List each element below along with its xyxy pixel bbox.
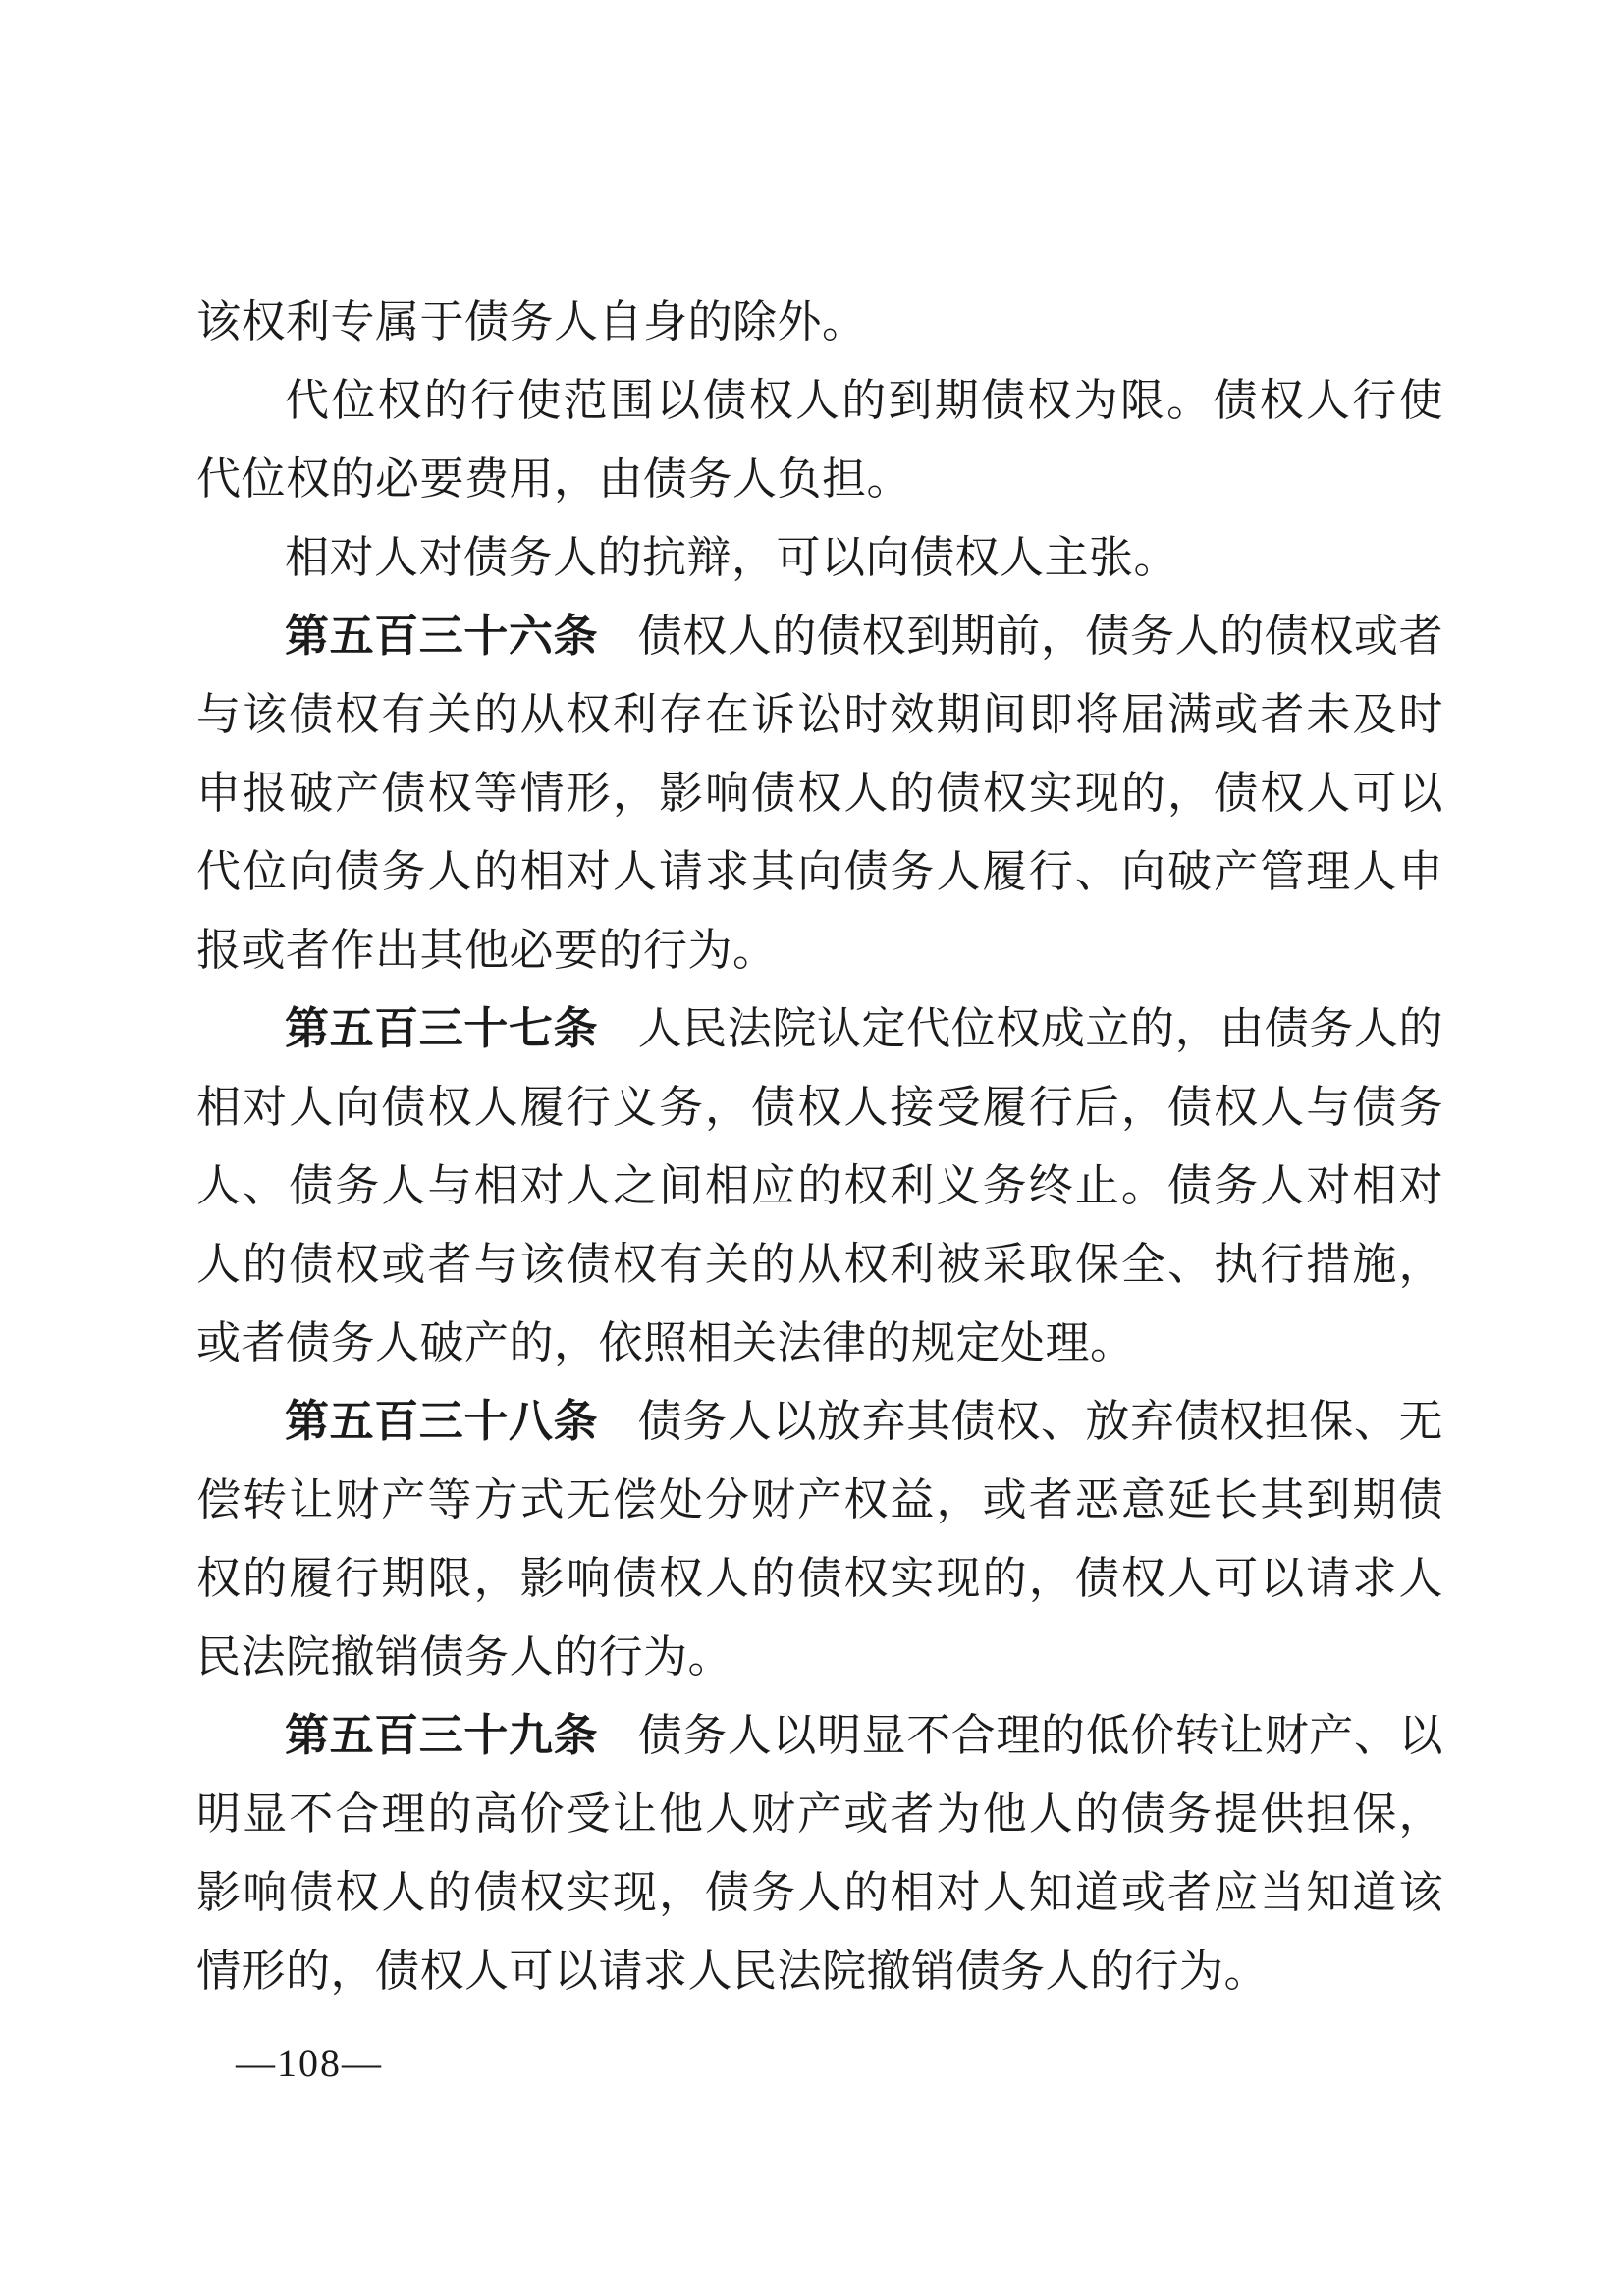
article-paragraph: 第五百三十七条人民法院认定代位权成立的，由债务人的相对人向债权人履行义务，债权人… [196, 989, 1443, 1382]
article-text: 相对人对债务人的抗辩，可以向债权人主张。 [285, 533, 1178, 582]
article-text: 代位权的行使范围以债权人的到期债权为限。债权人行使代位权的必要费用，由债务人负担… [196, 376, 1443, 504]
article-paragraph: 第五百三十九条债务人以明显不合理的低价转让财产、以明显不合理的高价受让他人财产或… [196, 1696, 1443, 2010]
article-text: 人民法院认定代位权成立的，由债务人的相对人向债权人履行义务，债权人接受履行后，债… [196, 1004, 1443, 1367]
article-text: 债权人的债权到期前，债务人的债权或者与该债权有关的从权利存在诉讼时效期间即将届满… [196, 612, 1443, 975]
article-paragraph: 第五百三十六条债权人的债权到期前，债务人的债权或者与该债权有关的从权利存在诉讼时… [196, 597, 1443, 989]
article-number: 第五百三十六条 [285, 612, 598, 661]
body-paragraph: 代位权的行使范围以债权人的到期债权为限。债权人行使代位权的必要费用，由债务人负担… [196, 361, 1443, 518]
page-number: —108— [236, 2040, 383, 2087]
body-paragraph: 相对人对债务人的抗辩，可以向债权人主张。 [196, 518, 1443, 597]
body-paragraph: 该权利专属于债务人自身的除外。 [196, 283, 1443, 361]
article-paragraph: 第五百三十八条债务人以放弃其债权、放弃债权担保、无偿转让财产等方式无偿处分财产权… [196, 1382, 1443, 1696]
article-text: 该权利专属于债务人自身的除外。 [196, 297, 867, 347]
article-number: 第五百三十七条 [285, 1004, 598, 1053]
article-number: 第五百三十八条 [285, 1397, 598, 1446]
document-body: 该权利专属于债务人自身的除外。代位权的行使范围以债权人的到期债权为限。债权人行使… [196, 283, 1443, 2010]
article-number: 第五百三十九条 [285, 1711, 598, 1760]
document-page: 该权利专属于债务人自身的除外。代位权的行使范围以债权人的到期债权为限。债权人行使… [0, 0, 1624, 2296]
